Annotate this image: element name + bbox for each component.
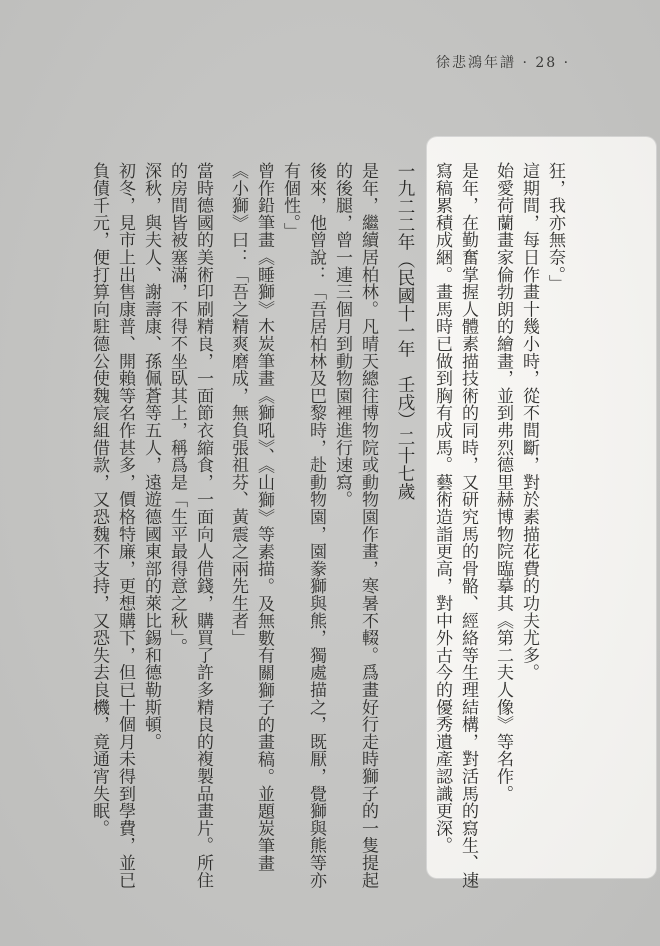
paragraph: 當時德國的美術印刷精良，一面節衣縮食，一面向人借錢，購買了許多精良的複製品畫片。… [164, 162, 216, 900]
paragraph: 後來，他曾說：「吾居柏林及巴黎時，赴動物園，園豢獅與熊，獨處描之，既厭，覺獅與熊… [277, 162, 329, 900]
paragraph: 深秋，與夫人、謝壽康、孫佩蒼等五人，遠遊德國東部的萊比錫和德勒斯頓。 [138, 162, 164, 900]
paragraph: 初冬，見市上出售康普、開賴等名作甚多，價格特廉，更想購下，但已十個月未得到學費，… [86, 162, 138, 900]
paragraph: 始愛荷蘭畫家倫勃朗的繪畫，並到弗烈德里赫博物院臨摹其《第二夫人像》等名作。 [490, 162, 516, 900]
paragraph: 這期間，每日作畫十幾小時，從不間斷，對於素描花費的功夫尤多。 [516, 162, 542, 900]
paragraph: 曾作鉛筆畫《睡獅》木炭筆畫《獅吼》、《山獅》等素描。及無數有關獅子的畫稿。並題炭… [225, 162, 277, 900]
book-page: 徐悲鴻年譜 · 28 · 狂，我亦無奈。」 這期間，每日作畫十幾小時，從不間斷，… [0, 0, 660, 946]
paragraph-quote-end: 狂，我亦無奈。」 [542, 162, 568, 900]
year-heading: 一九二二年（民國十一年 壬戌）二十七歲 [392, 162, 418, 900]
running-header: 徐悲鴻年譜 · 28 · [436, 52, 570, 72]
paragraph: 是年，在勤奮掌握人體素描技術的同時，又研究馬的骨骼、經絡等生理結構，對活馬的寫生… [429, 162, 481, 900]
text-flow: 狂，我亦無奈。」 這期間，每日作畫十幾小時，從不間斷，對於素描花費的功夫尤多。 … [86, 162, 568, 900]
paragraph: 是年，繼續居柏林。凡晴天總往博物院或動物園作畫，寒暑不輟。爲畫好行走時獅子的一隻… [329, 162, 381, 900]
